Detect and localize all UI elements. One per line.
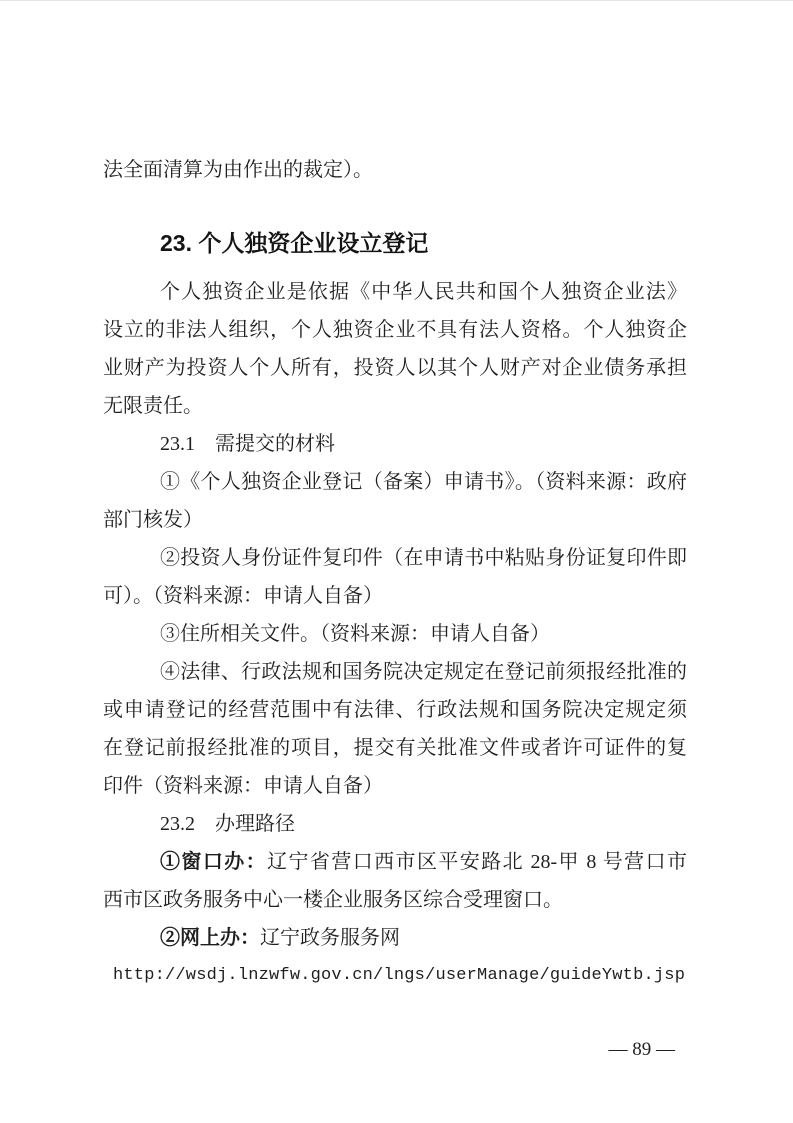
material-item-4: ④法律、行政法规和国务院决定规定在登记前须报经批准的 或申请登记的经营范围中有法… bbox=[103, 653, 687, 805]
channel-online-site-name: 辽宁政务服务网 bbox=[260, 927, 400, 949]
channel-window-label: ①窗口办： bbox=[160, 851, 267, 873]
channel-window-line-1: ①窗口办：辽宁省营口西市区平安路北 28-甲 8 号营口市 bbox=[103, 843, 687, 881]
material-item-2: ②投资人身份证件复印件（在申请书中粘贴身份证复印件即 可）。（资料来源：申请人自… bbox=[103, 539, 687, 615]
material-item-4-line-3: 在登记前报经批准的项目，提交有关批准文件或者许可证件的复 bbox=[103, 729, 687, 767]
material-item-4-line-1: ④法律、行政法规和国务院决定规定在登记前须报经批准的 bbox=[103, 653, 687, 691]
text-block: 法全面清算为由作出的裁定）。 23. 个人独资企业设立登记 个人独资企业是依据《… bbox=[103, 1, 687, 995]
channel-online-label: ②网上办： bbox=[160, 927, 260, 949]
subsection-heading-materials: 23.1 需提交的材料 bbox=[103, 425, 687, 463]
intro-line-2: 设立的非法人组织，个人独资企业不具有法人资格。个人独资企 bbox=[103, 311, 687, 349]
material-item-3: ③住所相关文件。（资料来源：申请人自备） bbox=[103, 615, 687, 653]
channel-online-line: ②网上办：辽宁政务服务网 bbox=[103, 919, 687, 957]
section-heading: 23. 个人独资企业设立登记 bbox=[160, 224, 687, 262]
intro-line-1: 个人独资企业是依据《中华人民共和国个人独资企业法》 bbox=[103, 273, 687, 311]
subsection-heading-channels: 23.2 办理路径 bbox=[103, 805, 687, 843]
material-item-1-line-2: 部门核发） bbox=[103, 501, 687, 539]
material-item-4-line-4: 印件（资料来源：申请人自备） bbox=[103, 767, 687, 805]
material-item-1: ①《个人独资企业登记（备案）申请书》。（资料来源：政府 部门核发） bbox=[103, 463, 687, 539]
prev-paragraph-end: 法全面清算为由作出的裁定）。 bbox=[103, 151, 687, 189]
intro-line-4: 无限责任。 bbox=[103, 387, 687, 425]
document-page: 法全面清算为由作出的裁定）。 23. 个人独资企业设立登记 个人独资企业是依据《… bbox=[0, 0, 793, 1123]
channel-window-address-part-1: 辽宁省营口西市区平安路北 28-甲 8 号营口市 bbox=[267, 851, 687, 873]
material-item-2-line-1: ②投资人身份证件复印件（在申请书中粘贴身份证复印件即 bbox=[103, 539, 687, 577]
section-intro-paragraph: 个人独资企业是依据《中华人民共和国个人独资企业法》 设立的非法人组织，个人独资企… bbox=[103, 273, 687, 425]
channel-window-line-2: 西市区政务服务中心一楼企业服务区综合受理窗口。 bbox=[103, 881, 687, 919]
page-number: — 89 — bbox=[609, 1037, 676, 1063]
material-item-2-line-2: 可）。（资料来源：申请人自备） bbox=[103, 577, 687, 615]
material-item-1-line-1: ①《个人独资企业登记（备案）申请书》。（资料来源：政府 bbox=[103, 463, 687, 501]
intro-line-3: 业财产为投资人个人所有，投资人以其个人财产对企业债务承担 bbox=[103, 349, 687, 387]
channel-online-url: http://wsdj.lnzwfw.gov.cn/lngs/userManag… bbox=[103, 957, 687, 995]
channel-item-online: ②网上办：辽宁政务服务网 http://wsdj.lnzwfw.gov.cn/l… bbox=[103, 919, 687, 995]
material-item-4-line-2: 或申请登记的经营范围中有法律、行政法规和国务院决定规定须 bbox=[103, 691, 687, 729]
channel-item-window: ①窗口办：辽宁省营口西市区平安路北 28-甲 8 号营口市 西市区政务服务中心一… bbox=[103, 843, 687, 919]
